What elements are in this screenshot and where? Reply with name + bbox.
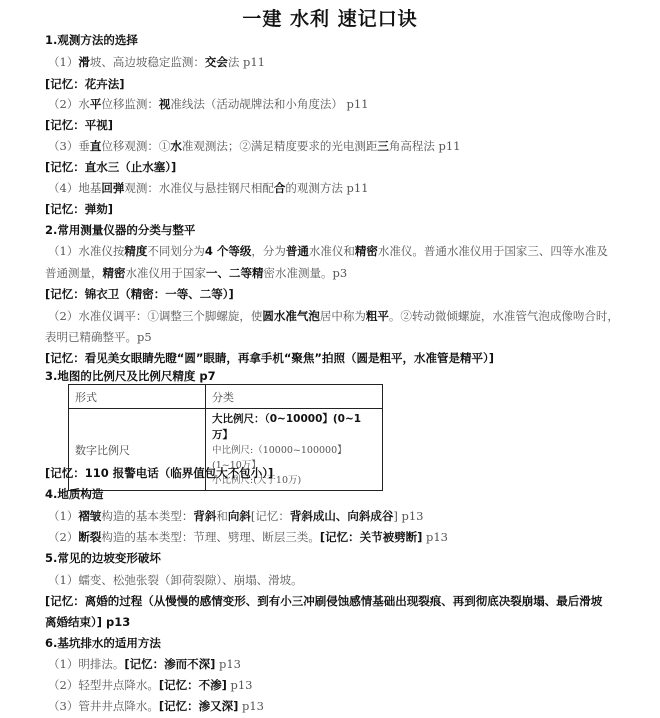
section-2-line-2: （2）水准仪调平：①调整三个脚螺旋，使圆水准气泡居中称为粗平。②转动微倾螺旋，水… — [48, 308, 619, 324]
section-6-heading: 6.基坑排水的适用方法 — [45, 635, 161, 651]
section-1-memo-3: [记忆：直水三（止水塞）] — [45, 159, 176, 175]
section-4-line-1: （1）褶皱构造的基本类型：背斜和向斜[记忆：背斜成山、向斜成谷] p13 — [48, 508, 423, 524]
section-5-memo-1: [记忆：离婚的过程（从慢慢的感情变形、到有小三冲刷侵蚀感情基础出现裂痕、再到彻底… — [45, 593, 602, 609]
page-title: 一建 水利 速记口诀 — [0, 4, 660, 31]
section-5-memo-2: 离婚结束）] p13 — [45, 614, 130, 630]
section-1-memo-1: [记忆：花卉法] — [45, 76, 125, 92]
table-header-category: 分类 — [206, 385, 383, 409]
section-6-line-1: （1）明排法。[记忆：渗而不深] p13 — [48, 656, 241, 672]
section-1-heading: 1.观测方法的选择 — [45, 32, 138, 48]
section-3-memo: [记忆：110 报警电话（临界值包大不包小）] — [45, 465, 273, 481]
section-2-line-1: （1）水准仪按精度不同划分为4 个等级，分为普通水准仪和精密水准仪。普通水准仪用… — [48, 243, 608, 259]
section-4-line-2: （2）断裂构造的基本类型：节理、劈理、断层三类。[记忆：关节被劈断] p13 — [48, 529, 448, 545]
section-1-memo-2: [记忆：平视] — [45, 117, 113, 133]
section-3-heading: 3.地图的比例尺及比例尺精度 p7 — [45, 368, 216, 384]
table-item-large: 大比例尺：（0~10000】(0~1万】 — [212, 411, 376, 443]
section-1-memo-4: [记忆：弹劾] — [45, 201, 113, 217]
section-2-memo-2: [记忆：看见美女眼睛先瞪“圆”眼睛，再拿手机“聚焦”拍照（圆是粗平，水准管是精平… — [45, 350, 494, 366]
section-4-heading: 4.地质构造 — [45, 486, 103, 502]
section-2-memo-1: [记忆：锦衣卫（精密：一等、二等）] — [45, 286, 234, 302]
section-2-line-1-cont: 普通测量，精密水准仪用于国家一、二等精密水准测量。p3 — [45, 265, 347, 281]
section-5-heading: 5.常见的边坡变形破坏 — [45, 550, 161, 566]
section-2-heading: 2.常用测量仪器的分类与整平 — [45, 222, 195, 238]
section-6-line-2: （2）轻型井点降水。[记忆：不渗] p13 — [48, 677, 253, 693]
section-1-line-2: （2）水平位移监测：视准线法（活动觇牌法和小角度法） p11 — [48, 96, 368, 112]
section-2-line-2-cont: 表明已精确整平。p5 — [45, 329, 152, 345]
section-1-line-3: （3）垂直位移观测：①水准观测法；②满足精度要求的光电测距三角高程法 p11 — [48, 138, 460, 154]
section-6-line-3: （3）管井井点降水。[记忆：渗又深] p13 — [48, 698, 264, 714]
section-1-line-4: （4）地基回弹观测：水准仪与悬挂钢尺相配合的观测方法 p11 — [48, 180, 368, 196]
section-1-line-1: （1）滑坡、高边坡稳定监测：交会法 p11 — [48, 54, 265, 70]
table-header-form: 形式 — [69, 385, 206, 409]
section-5-line-1: （1）蠕变、松弛张裂（卸荷裂隙）、崩塌、滑坡。 — [48, 572, 303, 588]
